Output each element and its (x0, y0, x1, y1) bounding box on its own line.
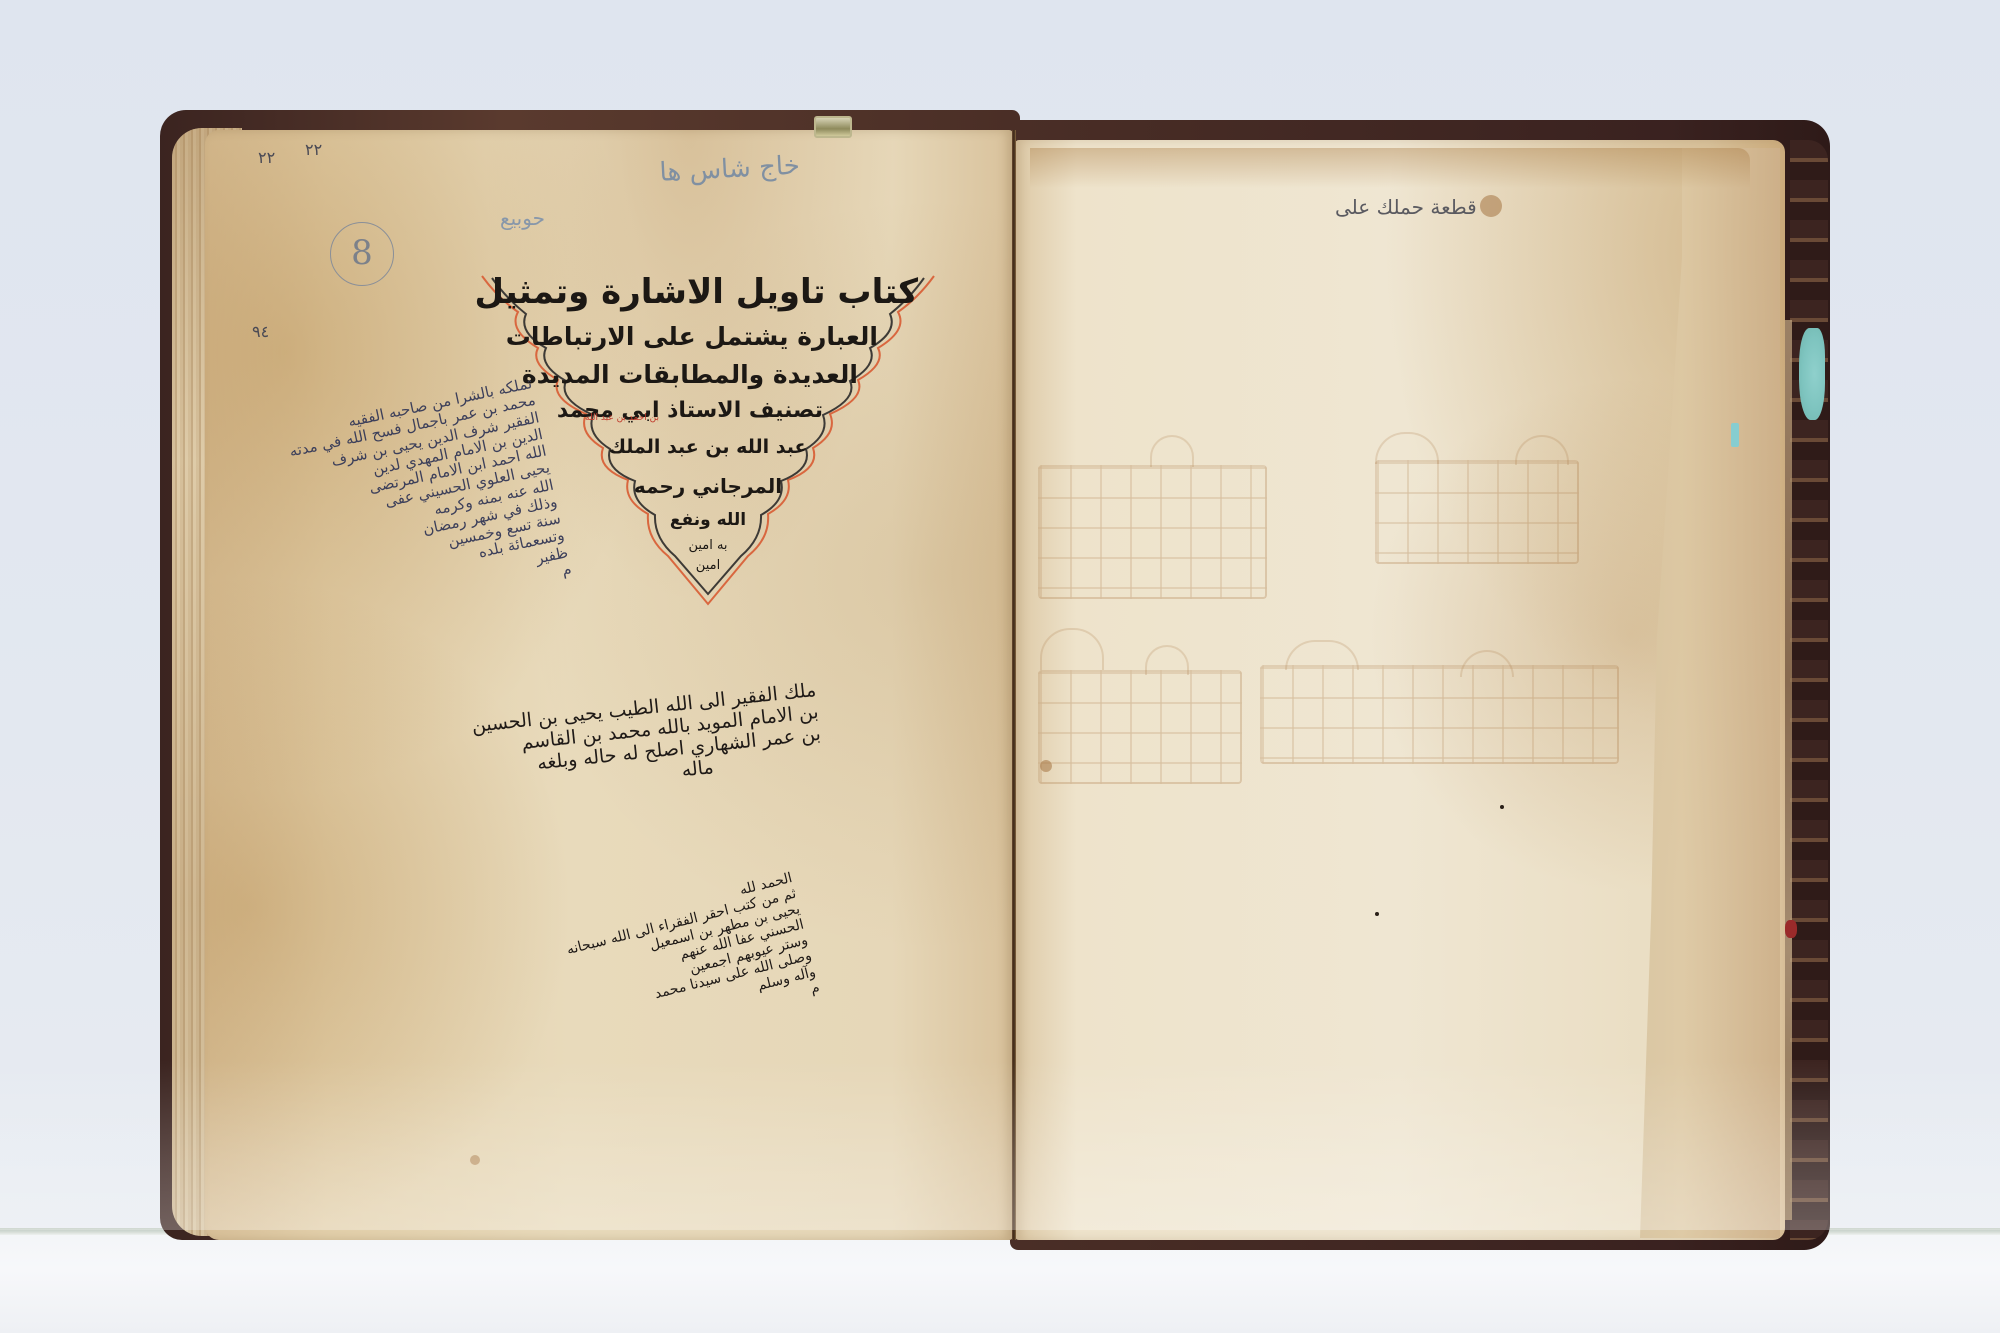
title-line: الله ونفع (653, 510, 763, 530)
bleed-through-grid (1038, 465, 1267, 599)
title-line: العديدة والمطابقات المديدة (558, 360, 858, 389)
title-line: كتاب تاويل الاشارة وتمثيل (498, 272, 918, 312)
right-page-pencil-annotation: قطعة حملك على (1335, 195, 1477, 219)
red-mark (1785, 920, 1797, 938)
circled-folio-number: 8 (330, 222, 394, 286)
title-line: العبارة يشتمل على الارتباطات (538, 322, 878, 351)
ink-dot (1375, 912, 1379, 916)
stain (470, 1155, 480, 1165)
title-line: امين (673, 558, 743, 573)
bleed-through-grid (1375, 460, 1579, 564)
right-page-top-stain (1030, 148, 1750, 188)
bleed-through-grid (1038, 670, 1242, 784)
stain (1480, 195, 1502, 217)
margin-mark: ٩٤ (252, 322, 269, 341)
title-line: به امين (668, 538, 748, 553)
title-line: عبد الله بن عبد الملك (608, 436, 808, 458)
book-gutter (1012, 130, 1016, 1240)
ink-dot (1500, 805, 1504, 809)
marginal-red-note: بن احمد بن عبد الله (585, 413, 659, 423)
pencil-annotation-second: حوبيع (500, 206, 545, 230)
bleed-through-grid (1260, 665, 1619, 764)
corner-mark: ٢٢ (305, 140, 322, 159)
metal-clasp (814, 116, 852, 138)
title-line: المرجاني رحمه (628, 474, 788, 498)
turquoise-chip (1731, 423, 1739, 447)
turquoise-mark (1799, 328, 1825, 420)
book-cover-right-edge (1790, 140, 1828, 1240)
corner-mark: ٢٢ (258, 148, 275, 167)
